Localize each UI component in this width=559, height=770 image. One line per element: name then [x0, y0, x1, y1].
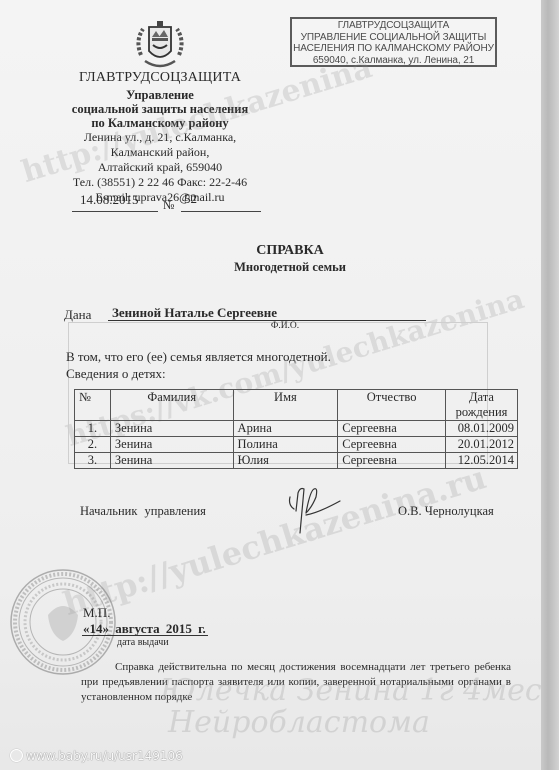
address-line: Калманский район, — [58, 145, 262, 160]
signer-position: Начальник управления — [80, 504, 206, 519]
column-header: Дата рождения — [446, 390, 518, 421]
children-table: № Фамилия Имя Отчество Дата рождения 1. … — [74, 389, 518, 469]
issued-label: Дана — [64, 307, 91, 323]
column-header: Отчество — [338, 390, 446, 421]
cell-surname: Зенина — [110, 453, 233, 469]
cell-patronymic: Сергеевна — [338, 453, 446, 469]
cell-surname: Зенина — [110, 421, 233, 437]
site-watermark: www.baby.ru/u/usr149106 — [10, 749, 183, 763]
validity-note-text: Справка действительна по месяц достижени… — [81, 660, 511, 705]
cell-first-name: Полина — [233, 437, 338, 453]
signer-name: О.В. Чернолуцкая — [398, 504, 494, 519]
cell-number: 1. — [75, 421, 111, 437]
cell-birth-date: 12.05.2014 — [446, 453, 518, 469]
stamp-line: ГЛАВТРУДСОЦЗАЩИТА — [292, 20, 495, 32]
reference-number: 52 — [184, 191, 197, 207]
cell-patronymic: Сергеевна — [338, 437, 446, 453]
table-row: 3. Зенина Юлия Сергеевна 12.05.2014 — [75, 453, 518, 469]
seal-place-label: М.П. — [83, 605, 110, 621]
cell-first-name: Арина — [233, 421, 338, 437]
stamp-line: НАСЕЛЕНИЯ ПО КАЛМАНСКОМУ РАЙОНУ — [292, 43, 495, 55]
stamp-line: УПРАВЛЕНИЕ СОЦИАЛЬНОЙ ЗАЩИТЫ — [292, 32, 495, 44]
org-sub-name: Управление социальной защиты населения п… — [68, 88, 252, 130]
address-line: Алтайский край, 659040 — [58, 160, 262, 175]
stamp-line: 659040, с.Калманка, ул. Ленина, 21 — [292, 55, 495, 67]
org-sub-line: Управление — [68, 88, 252, 102]
coat-of-arms-icon — [131, 17, 189, 75]
column-header: Фамилия — [110, 390, 233, 421]
reference-number-label: № — [163, 198, 174, 213]
org-main-name: ГЛАВТРУДСОЦЗАЩИТА — [70, 70, 250, 86]
department-stamp: ГЛАВТРУДСОЦЗАЩИТА УПРАВЛЕНИЕ СОЦИАЛЬНОЙ … — [290, 17, 497, 67]
document-subtitle: Многодетной семьи — [190, 260, 390, 275]
issued-to-name: Зениной Наталье Сергеевне — [112, 305, 277, 321]
statement-text: В том, что его (ее) семья является много… — [66, 349, 331, 365]
fio-caption: Ф.И.О. — [250, 321, 320, 331]
children-label: Сведения о детях: — [66, 366, 166, 382]
validity-note: Справка действительна по месяц достижени… — [81, 660, 511, 705]
column-header: № — [75, 390, 111, 421]
baby-ru-logo-icon — [10, 749, 23, 762]
cell-number: 2. — [75, 437, 111, 453]
cell-first-name: Юлия — [233, 453, 338, 469]
issue-date-caption: дата выдачи — [117, 637, 169, 648]
table-row: 2. Зенина Полина Сергеевна 20.01.2012 — [75, 437, 518, 453]
table-row: 1. Зенина Арина Сергеевна 08.01.2009 — [75, 421, 518, 437]
column-header: Имя — [233, 390, 338, 421]
org-sub-line: по Калманскому району — [68, 116, 252, 130]
reference-date-underline — [72, 211, 158, 212]
cell-number: 3. — [75, 453, 111, 469]
reference-date: 14.08.2015 — [80, 192, 139, 208]
issue-date-underline — [82, 635, 208, 636]
cell-patronymic: Сергеевна — [338, 421, 446, 437]
org-sub-line: социальной защиты населения — [68, 102, 252, 116]
site-watermark-text: www.baby.ru/u/usr149106 — [26, 749, 183, 763]
cell-surname: Зенина — [110, 437, 233, 453]
phone-fax-line: Тел. (38551) 2 22 46 Факс: 22-2-46 — [58, 175, 262, 190]
page-edge-shadow — [541, 0, 559, 770]
table-header-row: № Фамилия Имя Отчество Дата рождения — [75, 390, 518, 421]
handwritten-signature-icon — [284, 483, 344, 538]
document-title: СПРАВКА — [200, 243, 380, 259]
cell-birth-date: 08.01.2009 — [446, 421, 518, 437]
reference-number-underline — [181, 211, 261, 212]
cell-birth-date: 20.01.2012 — [446, 437, 518, 453]
address-line: Ленина ул., д. 21, с.Калманка, — [58, 130, 262, 145]
